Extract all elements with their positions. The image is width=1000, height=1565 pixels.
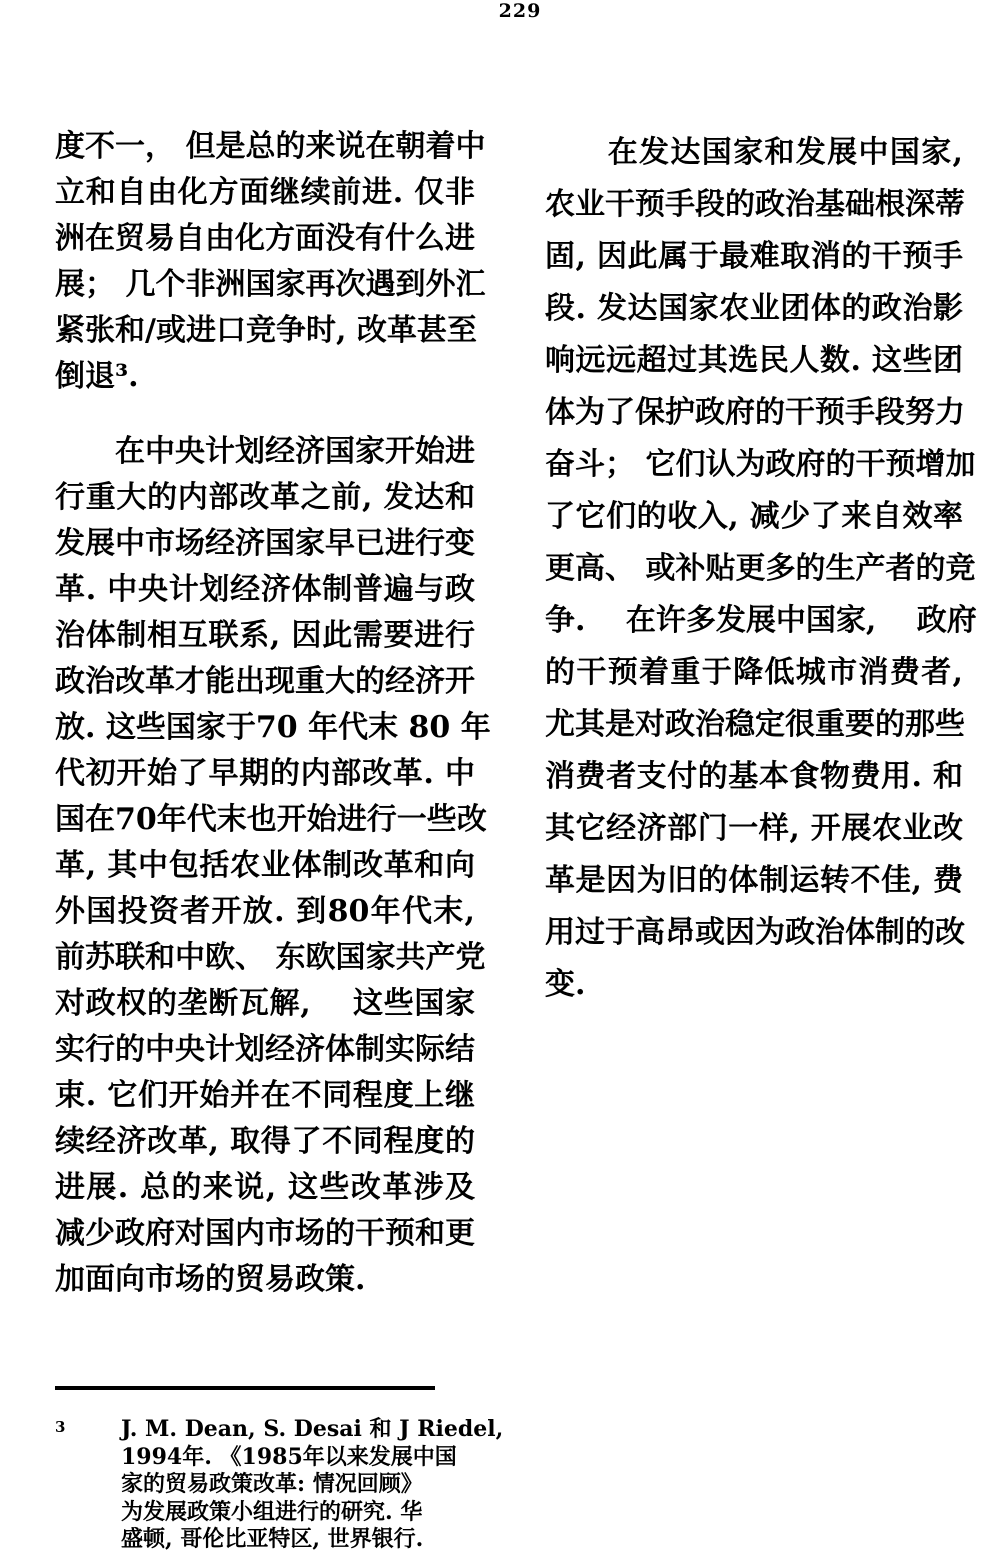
text-line: 束. 它们开始并在不同程度上继 <box>55 1073 475 1119</box>
text-line: 发展中市场经济国家早已进行变 <box>55 521 475 567</box>
text-line: 倒退³. <box>55 354 475 400</box>
text-line: 革. 中央计划经济体制普遍与政 <box>55 567 475 613</box>
paragraph: 度不一， 但是总的来说在朝着中立和自由化方面继续前进. 仅非洲在贸易自由化方面没… <box>55 124 475 400</box>
text-line: 了它们的收入, 减少了来自效率 <box>545 491 963 543</box>
footnote-rule <box>55 1386 435 1390</box>
text-line: 更高、 或补贴更多的生产者的竞 <box>545 543 963 595</box>
text-column-left: 度不一， 但是总的来说在朝着中立和自由化方面继续前进. 仅非洲在贸易自由化方面没… <box>55 124 475 1332</box>
text-line: 响远远超过其选民人数. 这些团 <box>545 335 963 387</box>
footnote-line: 为发展政策小组进行的研究. 华 <box>121 1499 437 1527</box>
text-line: 奋斗； 它们认为政府的干预增加 <box>545 439 963 491</box>
text-line: 革, 其中包括农业体制改革和向 <box>55 843 475 889</box>
footnote-line: 家的贸易政策改革: 情况回顾》 <box>121 1471 437 1499</box>
footnote-line: J. M. Dean, S. Desai 和 J Riedel, <box>121 1416 437 1444</box>
text-line: 前苏联和中欧、 东欧国家共产党 <box>55 935 475 981</box>
text-line: 农业干预手段的政治基础根深蒂 <box>545 179 963 231</box>
text-line: 政治改革才能出现重大的经济开 <box>55 659 475 705</box>
text-line: 的干预着重于降低城市消费者, <box>545 647 963 699</box>
text-line: 放. 这些国家于70 年代末 80 年 <box>55 705 475 751</box>
text-line: 加面向市场的贸易政策. <box>55 1257 475 1303</box>
text-line: 续经济改革, 取得了不同程度的 <box>55 1119 475 1165</box>
text-line: 其它经济部门一样, 开展农业改 <box>545 803 963 855</box>
footnote-body: 3 J. M. Dean, S. Desai 和 J Riedel,1994年.… <box>55 1416 437 1554</box>
text-line: 洲在贸易自由化方面没有什么进 <box>55 216 475 262</box>
text-line: 争. 在许多发展中国家, 政府 <box>545 595 963 647</box>
text-line: 用过于高昂或因为政治体制的改 <box>545 907 963 959</box>
text-line: 段. 发达国家农业团体的政治影 <box>545 283 963 335</box>
text-line: 治体制相互联系, 因此需要进行 <box>55 613 475 659</box>
footnote-line: 盛顿, 哥伦比亚特区, 世界银行. <box>121 1526 437 1554</box>
text-line: 国在70年代末也开始进行一些改 <box>55 797 475 843</box>
page-number: 229 <box>0 0 1000 22</box>
document-page: 229 度不一， 但是总的来说在朝着中立和自由化方面继续前进. 仅非洲在贸易自由… <box>0 0 1000 1565</box>
text-line: 变. <box>545 959 963 1011</box>
text-line: 展； 几个非洲国家再次遇到外汇 <box>55 262 475 308</box>
text-line: 在发达国家和发展中国家, <box>545 127 963 179</box>
text-line: 外国投资者开放. 到80年代末, <box>55 889 475 935</box>
footnote-marker: 3 <box>55 1416 121 1554</box>
text-line: 代初开始了早期的内部改革. 中 <box>55 751 475 797</box>
text-line: 实行的中央计划经济体制实际结 <box>55 1027 475 1073</box>
text-line: 立和自由化方面继续前进. 仅非 <box>55 170 475 216</box>
text-line: 在中央计划经济国家开始进 <box>55 429 475 475</box>
text-line: 对政权的垄断瓦解, 这些国家 <box>55 981 475 1027</box>
text-line: 消费者支付的基本食物费用. 和 <box>545 751 963 803</box>
paragraph: 在中央计划经济国家开始进行重大的内部改革之前, 发达和发展中市场经济国家早已进行… <box>55 429 475 1303</box>
text-line: 进展. 总的来说, 这些改革涉及 <box>55 1165 475 1211</box>
text-line: 减少政府对国内市场的干预和更 <box>55 1211 475 1257</box>
text-line: 紧张和/或进口竞争时, 改革甚至 <box>55 308 475 354</box>
footnote-line: 1994年. 《1985年以来发展中国 <box>121 1444 437 1472</box>
text-line: 度不一， 但是总的来说在朝着中 <box>55 124 475 170</box>
text-column-right: 在发达国家和发展中国家,农业干预手段的政治基础根深蒂固, 因此属于最难取消的干预… <box>545 127 963 1040</box>
text-line: 尤其是对政治稳定很重要的那些 <box>545 699 963 751</box>
text-line: 革是因为旧的体制运转不佳, 费 <box>545 855 963 907</box>
paragraph: 在发达国家和发展中国家,农业干预手段的政治基础根深蒂固, 因此属于最难取消的干预… <box>545 127 963 1011</box>
text-line: 固, 因此属于最难取消的干预手 <box>545 231 963 283</box>
text-line: 行重大的内部改革之前, 发达和 <box>55 475 475 521</box>
footnote-text: J. M. Dean, S. Desai 和 J Riedel,1994年. 《… <box>121 1416 437 1554</box>
text-line: 体为了保护政府的干预手段努力 <box>545 387 963 439</box>
footnote: 3 J. M. Dean, S. Desai 和 J Riedel,1994年.… <box>55 1386 437 1554</box>
